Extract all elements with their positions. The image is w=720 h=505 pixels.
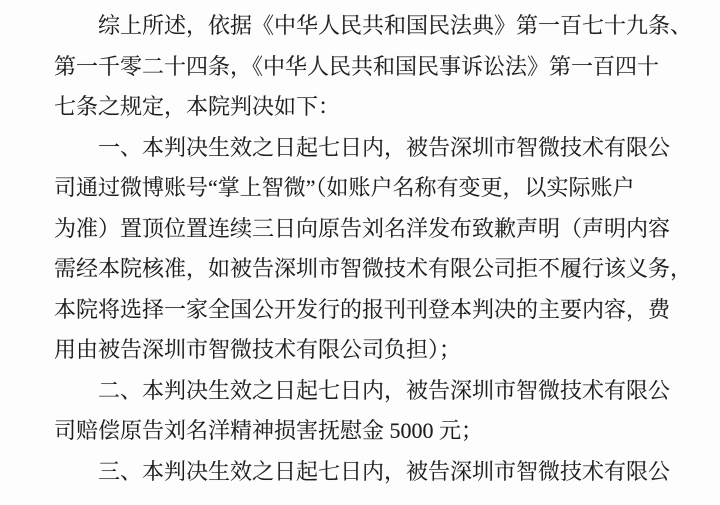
judgment-text: 综上所述，依据《中华人民共和国民法典》第一百七十九条、 第一千零二十四条，《中华… [54, 6, 670, 492]
text-line: 司通过微博账号“掌上智微”（如账户名称有变更，以实际账户 [54, 168, 670, 209]
text-line: 为准）置顶位置连续三日向原告刘名洋发布致歉声明（声明内容 [54, 209, 670, 250]
text-line: 综上所述，依据《中华人民共和国民法典》第一百七十九条、 [54, 6, 670, 47]
text-line: 七条之规定，本院判决如下： [54, 87, 670, 128]
text-line: 本院将选择一家全国公开发行的报刊刊登本判决的主要内容，费 [54, 290, 670, 331]
text-line: 司赔偿原告刘名洋精神损害抚慰金 5000 元； [54, 411, 670, 452]
text-line: 第一千零二十四条，《中华人民共和国民事诉讼法》第一百四十 [54, 47, 670, 88]
text-line: 用由被告深圳市智微技术有限公司负担）； [54, 330, 670, 371]
document-page: 综上所述，依据《中华人民共和国民法典》第一百七十九条、 第一千零二十四条，《中华… [0, 0, 720, 505]
text-line: 二、本判决生效之日起七日内，被告深圳市智微技术有限公 [54, 371, 670, 412]
text-line: 三、本判决生效之日起七日内，被告深圳市智微技术有限公 [54, 452, 670, 493]
text-line: 需经本院核准，如被告深圳市智微技术有限公司拒不履行该义务， [54, 249, 670, 290]
text-line: 一、本判决生效之日起七日内，被告深圳市智微技术有限公 [54, 128, 670, 169]
